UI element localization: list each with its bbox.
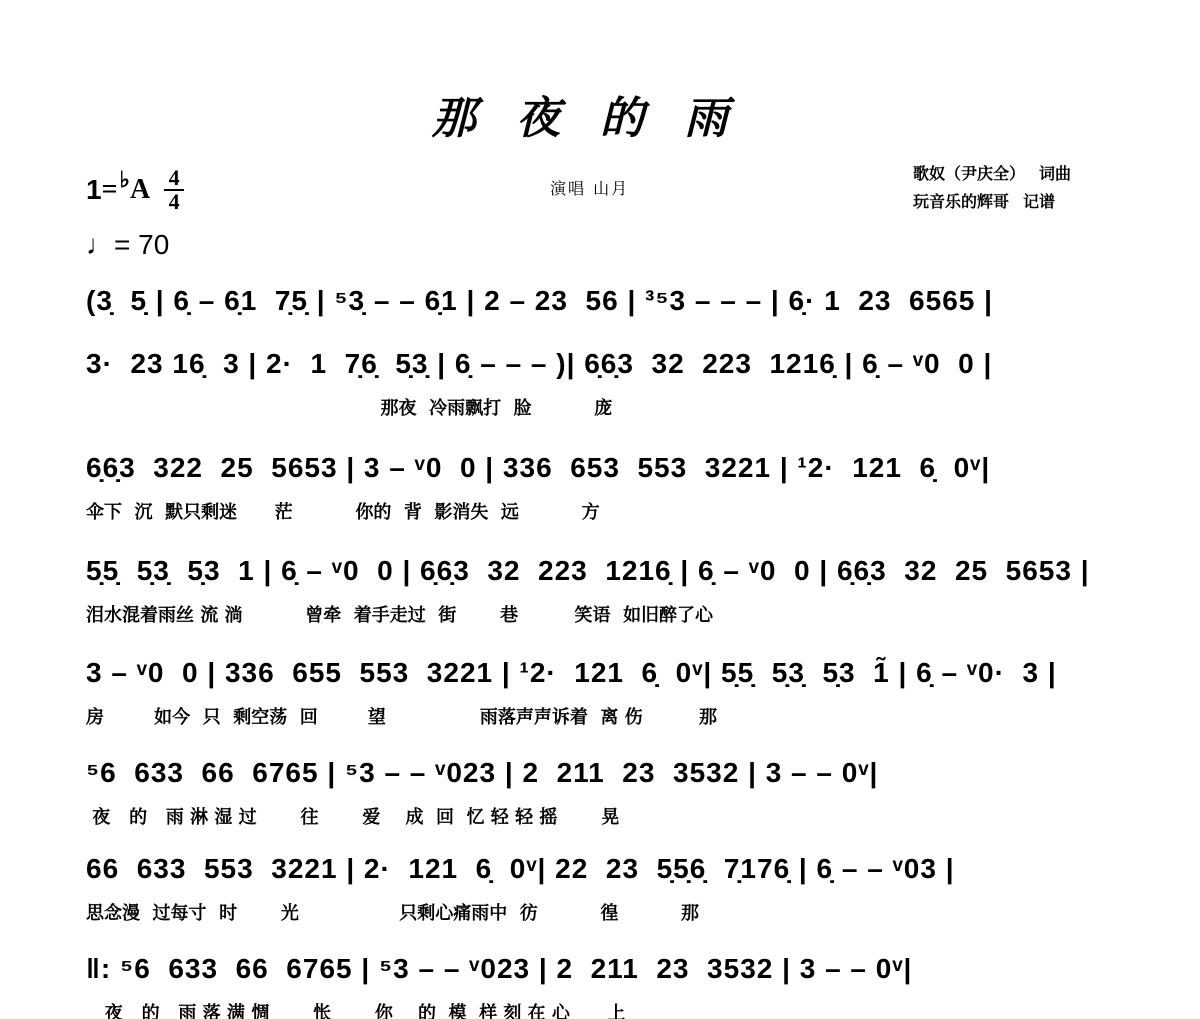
notation: 5̣5̣ 5̣3̣ 5̣3 1 | 6̣ – ᵛ0 0 | 6̣6̣3 32 2… [86, 555, 1090, 587]
notation: ‖: ⁵6 633 66 6765 | ⁵3 – – ᵛ023 | 2 211 … [86, 953, 912, 985]
notation: 3· 23 16̣ 3 | 2· 1 7̣6̣ 5̣3̣ | 6̣ – – – … [86, 348, 992, 380]
notation: (3̣ 5̣ | 6̣ – 6̣1 7̣5̣ | ⁵3̣ – – 6̣1 | 2… [86, 285, 993, 317]
key-equals: = [102, 174, 118, 206]
key-tonic-number: 1 [86, 174, 102, 206]
lyrics: 那夜 冷雨飘打 脸 庞 [86, 394, 612, 420]
score-line-2: 3· 23 16̣ 3 | 2· 1 7̣6̣ 5̣3̣ | 6̣ – – – … [86, 348, 1116, 388]
singer-credit: 演唱 山月 [550, 176, 629, 199]
score-line-3: 6̣6̣3 322 25 5653 | 3 – ᵛ0 0 | 336 653 5… [86, 452, 1116, 492]
credits: 歌奴（尹庆全）词曲 玩音乐的辉哥记谱 [913, 160, 1071, 216]
lyrics: 伞下 沉 默只剩迷 茫 你的 背 影消失 远 方 [86, 498, 600, 524]
notation: 66 633 553 3221 | 2· 121 6̣ 0ᵛ| 22 23 5̣… [86, 853, 955, 885]
credit-lyrics-music: 歌奴（尹庆全）词曲 [913, 160, 1071, 188]
score-line-8: ‖: ⁵6 633 66 6765 | ⁵3 – – ᵛ023 | 2 211 … [86, 953, 1116, 993]
tempo-marking: ♩= 70 [86, 229, 169, 261]
lyrics: 夜 的 雨 落 满 惆 怅 你 的 模 样 刻 在 心 上 [86, 999, 625, 1019]
notation: 6̣6̣3 322 25 5653 | 3 – ᵛ0 0 | 336 653 5… [86, 452, 990, 484]
credit-role: 词曲 [1039, 164, 1071, 183]
time-signature-top: 4 [169, 168, 180, 188]
time-signature: 4 4 [164, 168, 184, 212]
score-line-4: 5̣5̣ 5̣3̣ 5̣3 1 | 6̣ – ᵛ0 0 | 6̣6̣3 32 2… [86, 555, 1116, 595]
score-line-5: 3 – ᵛ0 0 | 336 655 553 3221 | ¹2· 121 6̣… [86, 657, 1116, 697]
time-signature-bottom: 4 [169, 192, 180, 212]
credit-transcriber: 玩音乐的辉哥记谱 [913, 188, 1071, 216]
lyrics: 夜 的 雨 淋 湿 过 往 爱 成 回 忆 轻 轻 摇 晃 [86, 803, 619, 829]
score-line-1: (3̣ 5̣ | 6̣ – 6̣1 7̣5̣ | ⁵3̣ – – 6̣1 | 2… [86, 285, 1116, 325]
credit-name: 歌奴（尹庆全） [913, 164, 1025, 183]
song-title: 那夜的雨 [0, 82, 1200, 146]
credit-name: 玩音乐的辉哥 [913, 192, 1009, 211]
key-signature: 1 = ♭ A 4 4 [86, 168, 184, 212]
lyrics: 泪水混着雨丝 流 淌 曾牵 着手走过 街 巷 笑语 如旧醉了心 [86, 601, 713, 627]
notation: 3 – ᵛ0 0 | 336 655 553 3221 | ¹2· 121 6̣… [86, 657, 1057, 689]
lyrics: 思念漫 过每寸 时 光 只剩心痛雨中 彷 徨 那 [86, 899, 699, 925]
credit-role: 记谱 [1023, 192, 1055, 211]
lyrics: 房 如今 只 剩空荡 回 望 雨落声声诉着 离 伤 那 [86, 703, 717, 729]
key-note: A [130, 174, 150, 206]
flat-icon: ♭ [120, 167, 130, 193]
score-line-6: ⁵6 633 66 6765 | ⁵3 – – ᵛ023 | 2 211 23 … [86, 757, 1116, 797]
score-line-7: 66 633 553 3221 | 2· 121 6̣ 0ᵛ| 22 23 5̣… [86, 853, 1116, 893]
notation: ⁵6 633 66 6765 | ⁵3 – – ᵛ023 | 2 211 23 … [86, 757, 878, 789]
